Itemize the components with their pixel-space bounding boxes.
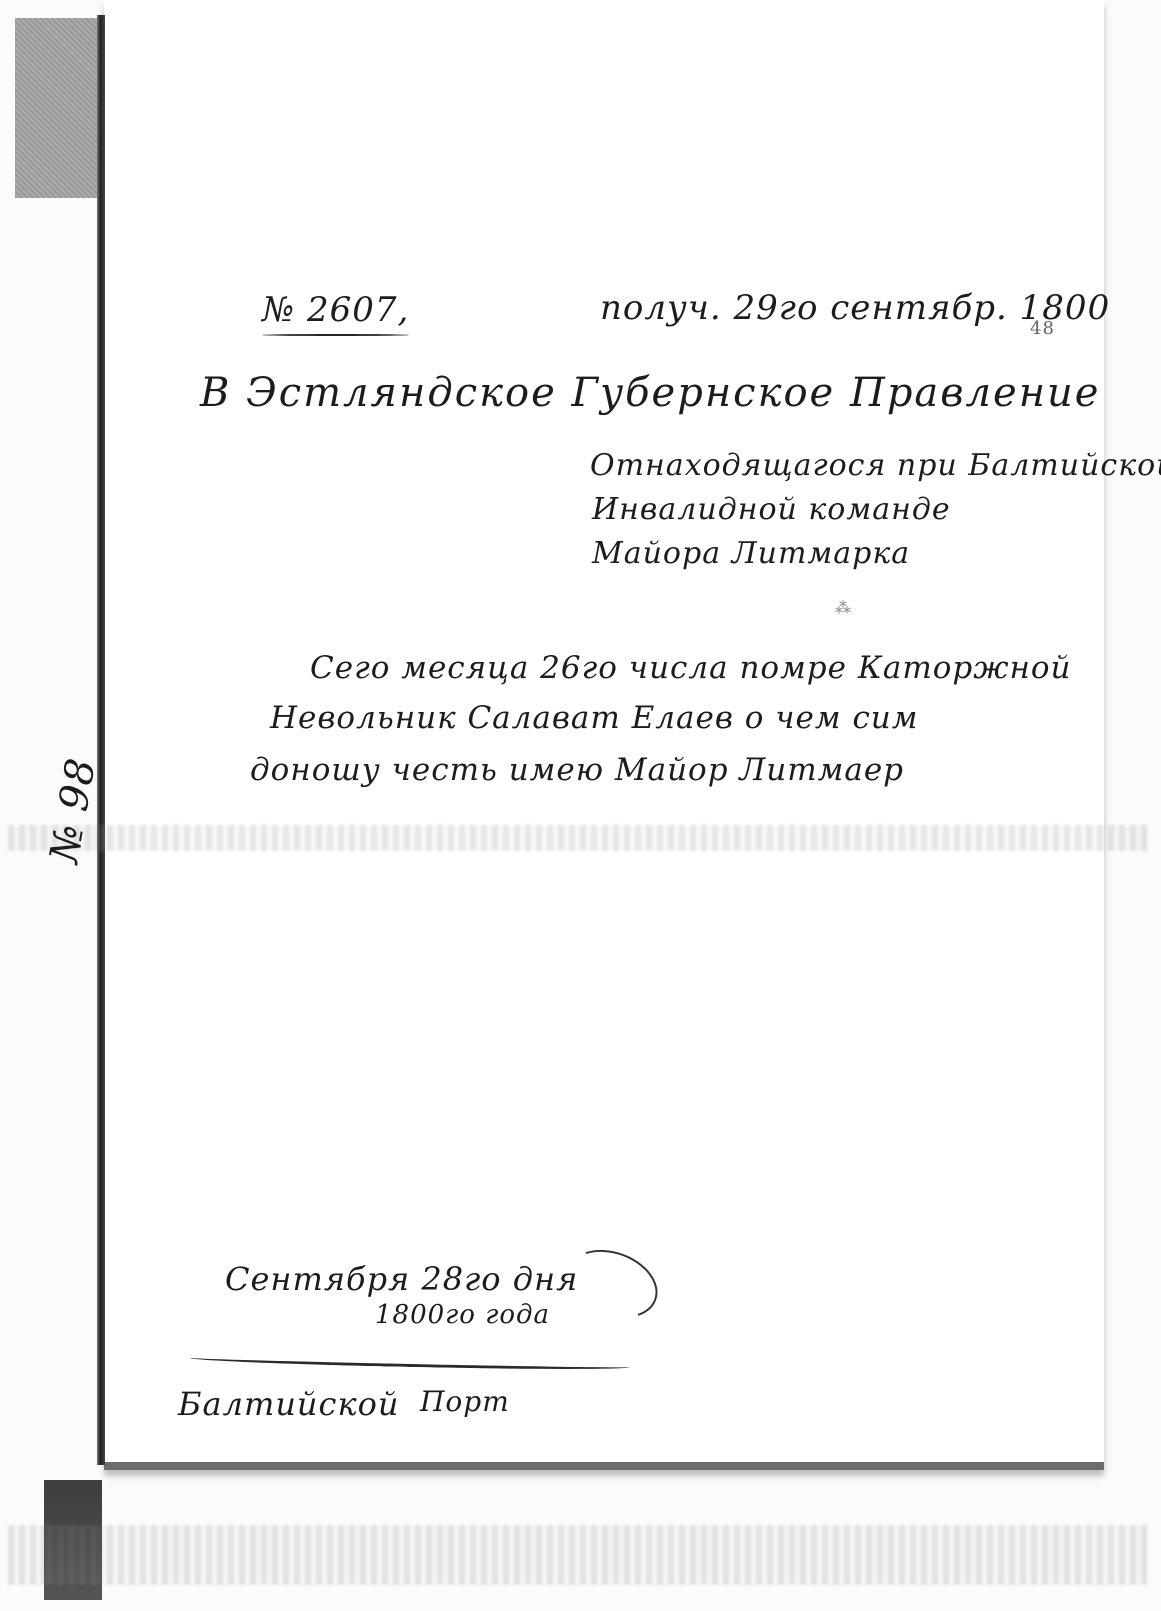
ink-mark-icon: ⁂ (835, 598, 851, 617)
signature-place: Балтийской (178, 1385, 399, 1423)
body-line: Сего месяца 26го числа помре Каторжной (310, 650, 1072, 686)
dateline-year: 1800го года (375, 1300, 550, 1330)
sender-line: Майора Литмарка (592, 536, 910, 571)
pencil-mark: 48 (1030, 318, 1055, 339)
sender-line: Отнаходящагося при Балтийской (590, 448, 1161, 483)
sender-line: Инвалидной команде (592, 492, 951, 527)
body-line: доношу честь имею Майор Литмаер (250, 752, 904, 788)
signature-suffix: Порт (420, 1385, 510, 1418)
document-number: № 2607, (262, 290, 409, 330)
bleed-through-band (8, 825, 1148, 851)
body-line: Невольник Салават Елаев о чем сим (270, 700, 918, 736)
addressee: В Эстляндское Губернское Правление (200, 370, 1100, 416)
bleed-through-band-bottom (8, 1525, 1148, 1585)
dateline-day: Сентября 28го дня (225, 1260, 578, 1298)
